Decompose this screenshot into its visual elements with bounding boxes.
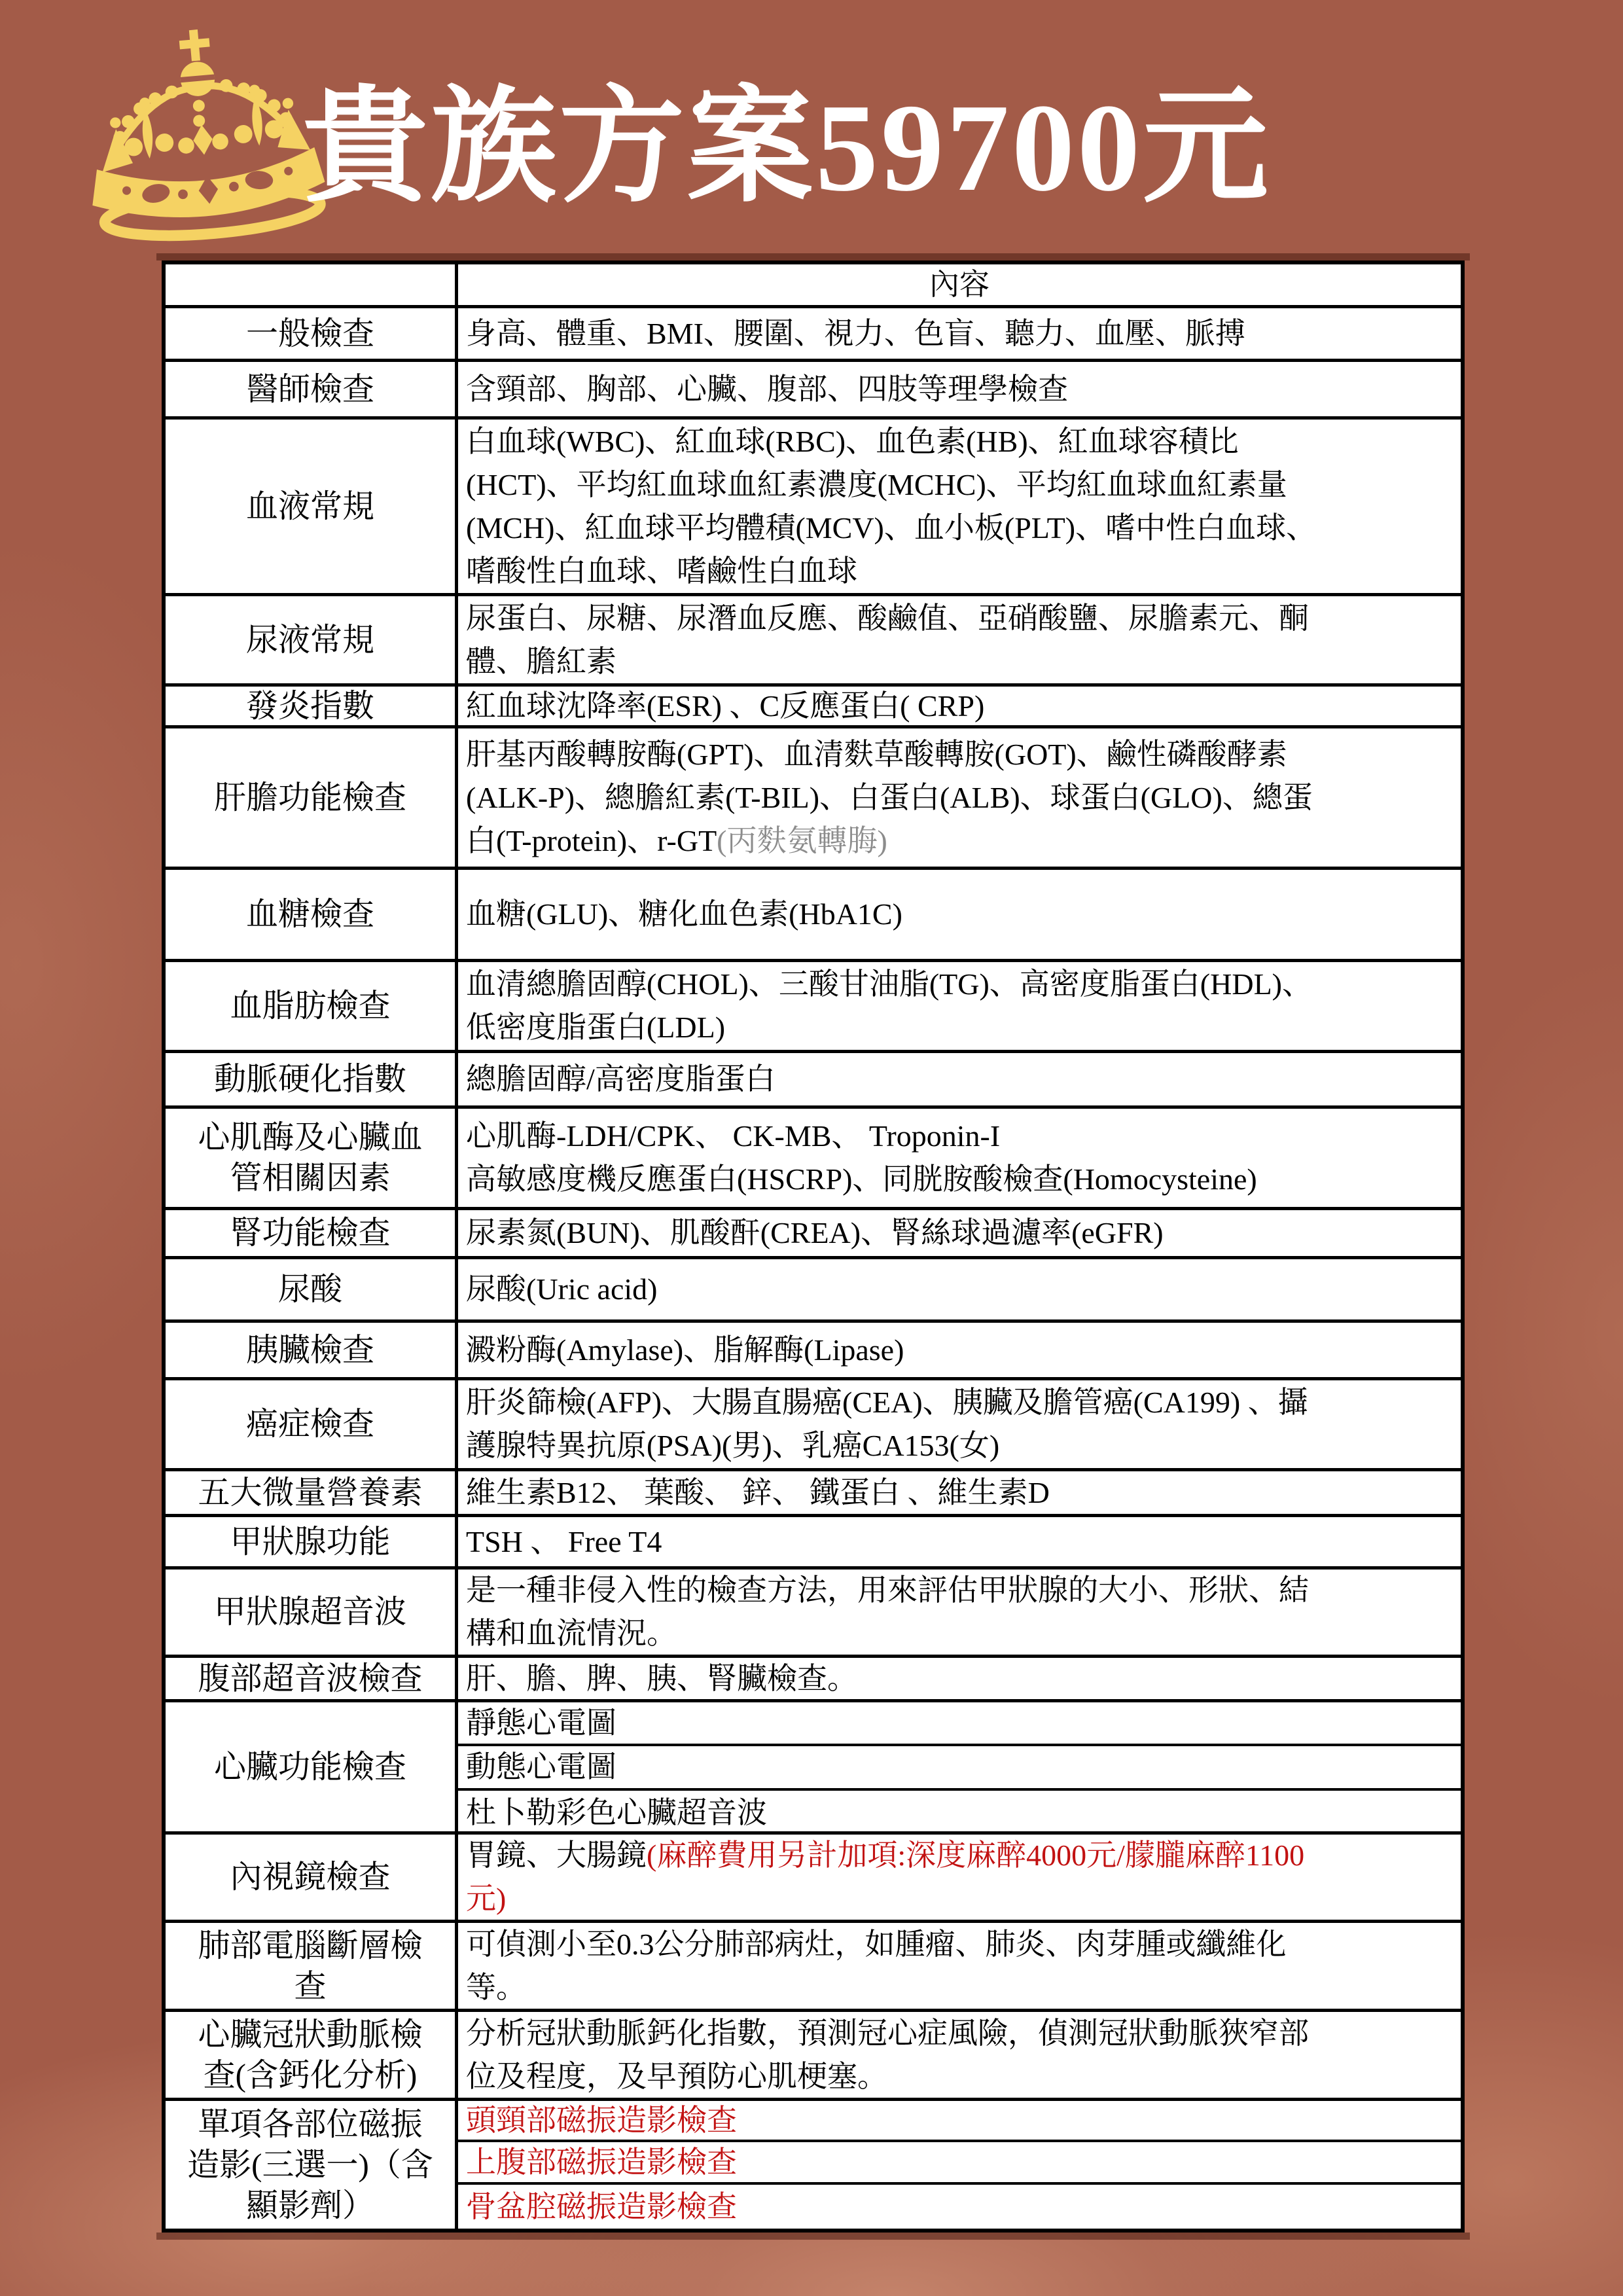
table-row: 單項各部位磁振 造影(三選一)（含 顯影劑）頭頸部磁振造影檢查上腹部磁振造影檢查…: [166, 2101, 1461, 2229]
flyer-page: { "title": "貴族方案59700元", "colors": { "ba…: [0, 0, 1623, 2296]
row-content: 頭頸部磁振造影檢查上腹部磁振造影檢查骨盆腔磁振造影檢查: [458, 2101, 1461, 2229]
content-text: 胃鏡、大腸鏡(麻醉費用另計加項:深度麻醉4000元/朦朧麻醉1100 元): [458, 1835, 1461, 1920]
content-text: 總膽固醇/高密度脂蛋白: [458, 1058, 1461, 1101]
content-text: 血糖(GLU)、糖化血色素(HbA1C): [458, 893, 1461, 936]
content-cell: 靜態心電圖: [458, 1702, 1461, 1746]
text-segment: 紅血球沈降率(ESR) 、C反應蛋白( CRP): [466, 689, 984, 723]
row-content: 血糖(GLU)、糖化血色素(HbA1C): [458, 870, 1461, 959]
row-label: 心肌酶及心臟血 管相關因素: [166, 1109, 458, 1207]
content-text: 澱粉酶(Amylase)、脂解酶(Lipase): [458, 1329, 1461, 1372]
content-cell: 動態心電圖: [458, 1746, 1461, 1791]
table-row: 尿液常規尿蛋白、尿糖、尿潛血反應、酸鹼值、亞硝酸鹽、尿膽素元、酮 體、膽紅素: [166, 596, 1461, 687]
table-row: 腹部超音波檢查肝、膽、脾、胰、腎臟檢查。: [166, 1658, 1461, 1702]
row-label: 甲狀腺超音波: [166, 1570, 458, 1655]
content-cell: 白血球(WBC)、紅血球(RBC)、血色素(HB)、紅血球容積比 (HCT)、平…: [458, 420, 1461, 593]
row-label: 血液常規: [166, 420, 458, 593]
row-content: 靜態心電圖動態心電圖杜卜勒彩色心臟超音波: [458, 1702, 1461, 1831]
content-cell: 內容: [458, 264, 1461, 305]
content-cell: 肝炎篩檢(AFP)、大腸直腸癌(CEA)、胰臟及膽管癌(CA199) 、攝 護腺…: [458, 1380, 1461, 1468]
row-content: 維生素B12、 葉酸、 鋅、 鐵蛋白 、維生素D: [458, 1471, 1461, 1514]
row-label: 單項各部位磁振 造影(三選一)（含 顯影劑）: [166, 2101, 458, 2229]
row-label: 心臟冠狀動脈檢 查(含鈣化分析): [166, 2012, 458, 2098]
table-row: 血液常規白血球(WBC)、紅血球(RBC)、血色素(HB)、紅血球容積比 (HC…: [166, 420, 1461, 596]
text-segment: 肝炎篩檢(AFP)、大腸直腸癌(CEA)、胰臟及膽管癌(CA199) 、攝 護腺…: [466, 1386, 1308, 1462]
content-text: TSH 、 Free T4: [458, 1520, 1461, 1564]
row-label: 腎功能檢查: [166, 1210, 458, 1256]
text-segment: 是一種非侵入性的檢查方法，用來評估甲狀腺的大小、形狀、結 構和血流情況。: [466, 1573, 1309, 1650]
table-row: 心臟冠狀動脈檢 查(含鈣化分析)分析冠狀動脈鈣化指數，預測冠心症風險，偵測冠狀動…: [166, 2012, 1461, 2101]
content-text: 頭頸部磁振造影檢查: [458, 2101, 1461, 2142]
text-segment: 血清總膽固醇(CHOL)、三酸甘油脂(TG)、高密度脂蛋白(HDL)、 低密度脂…: [466, 967, 1312, 1044]
page-title: 貴族方案59700元: [302, 27, 1271, 243]
text-segment: 維生素B12、 葉酸、 鋅、 鐵蛋白 、維生素D: [466, 1476, 1050, 1509]
content-cell: 杜卜勒彩色心臟超音波: [458, 1791, 1461, 1835]
row-content: 澱粉酶(Amylase)、脂解酶(Lipase): [458, 1323, 1461, 1377]
text-segment: 澱粉酶(Amylase)、脂解酶(Lipase): [466, 1333, 904, 1367]
row-content: 尿素氮(BUN)、肌酸酐(CREA)、腎絲球過濾率(eGFR): [458, 1210, 1461, 1256]
content-cell: 心肌酶-LDH/CPK、 CK-MB、 Troponin-I 高敏感度機反應蛋白…: [458, 1109, 1461, 1207]
content-text: 肝基丙酸轉胺酶(GPT)、血清麩草酸轉胺(GOT)、鹼性磷酸酵素 (ALK-P)…: [458, 733, 1461, 863]
text-segment: TSH 、 Free T4: [466, 1525, 662, 1558]
content-cell: 上腹部磁振造影檢查: [458, 2142, 1461, 2185]
content-cell: 澱粉酶(Amylase)、脂解酶(Lipase): [458, 1323, 1461, 1377]
row-label: 內視鏡檢查: [166, 1835, 458, 1920]
text-segment: 血糖(GLU)、糖化血色素(HbA1C): [466, 897, 902, 931]
text-segment: 白血球(WBC)、紅血球(RBC)、血色素(HB)、紅血球容積比 (HCT)、平…: [466, 425, 1316, 588]
plan-table: 內容一般檢查身高、體重、BMI、腰圍、視力、色盲、聽力、血壓、脈搏醫師檢查含頸部…: [162, 260, 1465, 2233]
text-segment: 動態心電圖: [466, 1750, 616, 1784]
row-content: 血清總膽固醇(CHOL)、三酸甘油脂(TG)、高密度脂蛋白(HDL)、 低密度脂…: [458, 962, 1461, 1050]
content-text: 動態心電圖: [458, 1746, 1461, 1789]
row-content: 胃鏡、大腸鏡(麻醉費用另計加項:深度麻醉4000元/朦朧麻醉1100 元): [458, 1835, 1461, 1920]
table-row: 五大微量營養素維生素B12、 葉酸、 鋅、 鐵蛋白 、維生素D: [166, 1471, 1461, 1517]
row-label: 癌症檢查: [166, 1380, 458, 1468]
text-segment: 內容: [929, 268, 990, 301]
content-text: 是一種非侵入性的檢查方法，用來評估甲狀腺的大小、形狀、結 構和血流情況。: [458, 1570, 1461, 1655]
content-cell: 尿素氮(BUN)、肌酸酐(CREA)、腎絲球過濾率(eGFR): [458, 1210, 1461, 1256]
content-cell: 總膽固醇/高密度脂蛋白: [458, 1053, 1461, 1105]
content-text: 維生素B12、 葉酸、 鋅、 鐵蛋白 、維生素D: [458, 1471, 1461, 1514]
table-row: 醫師檢查含頸部、胸部、心臟、腹部、四肢等理學檢查: [166, 362, 1461, 420]
table-row: 血脂肪檢查血清總膽固醇(CHOL)、三酸甘油脂(TG)、高密度脂蛋白(HDL)、…: [166, 962, 1461, 1053]
content-cell: 分析冠狀動脈鈣化指數，預測冠心症風險，偵測冠狀動脈狹窄部 位及程度，及早預防心肌…: [458, 2012, 1461, 2098]
content-cell: 血清總膽固醇(CHOL)、三酸甘油脂(TG)、高密度脂蛋白(HDL)、 低密度脂…: [458, 962, 1461, 1050]
table-row: 肺部電腦斷層檢 查可偵測小至0.3公分肺部病灶，如腫瘤、肺炎、肉芽腫或纖維化 等…: [166, 1923, 1461, 2012]
content-text: 內容: [458, 264, 1461, 305]
row-content: 尿蛋白、尿糖、尿潛血反應、酸鹼值、亞硝酸鹽、尿膽素元、酮 體、膽紅素: [458, 596, 1461, 683]
row-content: 肝基丙酸轉胺酶(GPT)、血清麩草酸轉胺(GOT)、鹼性磷酸酵素 (ALK-P)…: [458, 728, 1461, 867]
row-label: 甲狀腺功能: [166, 1517, 458, 1566]
table-row: 甲狀腺功能TSH 、 Free T4: [166, 1517, 1461, 1570]
row-label: 血脂肪檢查: [166, 962, 458, 1050]
content-text: 白血球(WBC)、紅血球(RBC)、血色素(HB)、紅血球容積比 (HCT)、平…: [458, 420, 1461, 593]
content-cell: 骨盆腔磁振造影檢查: [458, 2185, 1461, 2229]
content-cell: 血糖(GLU)、糖化血色素(HbA1C): [458, 870, 1461, 959]
row-label: [166, 264, 458, 305]
content-cell: 胃鏡、大腸鏡(麻醉費用另計加項:深度麻醉4000元/朦朧麻醉1100 元): [458, 1835, 1461, 1920]
content-cell: 身高、體重、BMI、腰圍、視力、色盲、聽力、血壓、脈搏: [458, 308, 1461, 359]
text-segment: 總膽固醇/高密度脂蛋白: [466, 1062, 776, 1096]
row-content: 白血球(WBC)、紅血球(RBC)、血色素(HB)、紅血球容積比 (HCT)、平…: [458, 420, 1461, 593]
text-segment: 尿蛋白、尿糖、尿潛血反應、酸鹼值、亞硝酸鹽、尿膽素元、酮 體、膽紅素: [466, 601, 1309, 678]
text-segment: 分析冠狀動脈鈣化指數，預測冠心症風險，偵測冠狀動脈狹窄部 位及程度，及早預防心肌…: [466, 2017, 1309, 2093]
content-text: 尿蛋白、尿糖、尿潛血反應、酸鹼值、亞硝酸鹽、尿膽素元、酮 體、膽紅素: [458, 597, 1461, 683]
table-row: 肝膽功能檢查肝基丙酸轉胺酶(GPT)、血清麩草酸轉胺(GOT)、鹼性磷酸酵素 (…: [166, 728, 1461, 870]
text-segment-gray: (丙麩氨轉脢): [717, 824, 887, 857]
table-row: 甲狀腺超音波是一種非侵入性的檢查方法，用來評估甲狀腺的大小、形狀、結 構和血流情…: [166, 1570, 1461, 1658]
text-segment: 肝基丙酸轉胺酶(GPT)、血清麩草酸轉胺(GOT)、鹼性磷酸酵素 (ALK-P)…: [466, 738, 1313, 857]
row-label: 肺部電腦斷層檢 查: [166, 1923, 458, 2009]
text-segment-red: 頭頸部磁振造影檢查: [466, 2104, 737, 2137]
row-label: 血糖檢查: [166, 870, 458, 959]
row-content: 總膽固醇/高密度脂蛋白: [458, 1053, 1461, 1105]
row-label: 尿酸: [166, 1259, 458, 1319]
text-segment: 含頸部、胸部、心臟、腹部、四肢等理學檢查: [466, 372, 1068, 406]
table-row: 癌症檢查肝炎篩檢(AFP)、大腸直腸癌(CEA)、胰臟及膽管癌(CA199) 、…: [166, 1380, 1461, 1471]
row-content: 分析冠狀動脈鈣化指數，預測冠心症風險，偵測冠狀動脈狹窄部 位及程度，及早預防心肌…: [458, 2012, 1461, 2098]
text-segment: 心肌酶-LDH/CPK、 CK-MB、 Troponin-I 高敏感度機反應蛋白…: [466, 1119, 1257, 1196]
row-content: TSH 、 Free T4: [458, 1517, 1461, 1566]
content-text: 杜卜勒彩色心臟超音波: [458, 1791, 1461, 1835]
table-row: 內容: [166, 264, 1461, 308]
row-content: 紅血球沈降率(ESR) 、C反應蛋白( CRP): [458, 687, 1461, 725]
row-label: 一般檢查: [166, 308, 458, 359]
row-label: 心臟功能檢查: [166, 1702, 458, 1831]
row-label: 尿液常規: [166, 596, 458, 683]
table-row: 心臟功能檢查靜態心電圖動態心電圖杜卜勒彩色心臟超音波: [166, 1702, 1461, 1835]
text-segment: 身高、體重、BMI、腰圍、視力、色盲、聽力、血壓、脈搏: [466, 317, 1245, 350]
text-segment: 杜卜勒彩色心臟超音波: [466, 1796, 767, 1829]
content-text: 含頸部、胸部、心臟、腹部、四肢等理學檢查: [458, 368, 1461, 411]
row-label: 發炎指數: [166, 687, 458, 725]
row-content: 可偵測小至0.3公分肺部病灶，如腫瘤、肺炎、肉芽腫或纖維化 等。: [458, 1923, 1461, 2009]
row-label: 肝膽功能檢查: [166, 728, 458, 867]
content-cell: TSH 、 Free T4: [458, 1517, 1461, 1566]
text-segment: 尿素氮(BUN)、肌酸酐(CREA)、腎絲球過濾率(eGFR): [466, 1216, 1164, 1249]
text-segment-red: 骨盆腔磁振造影檢查: [466, 2190, 737, 2223]
content-text: 骨盆腔磁振造影檢查: [458, 2185, 1461, 2229]
content-text: 上腹部磁振造影檢查: [458, 2142, 1461, 2184]
content-text: 肝、膽、脾、胰、腎臟檢查。: [458, 1658, 1461, 1699]
content-cell: 肝、膽、脾、胰、腎臟檢查。: [458, 1658, 1461, 1699]
content-text: 分析冠狀動脈鈣化指數，預測冠心症風險，偵測冠狀動脈狹窄部 位及程度，及早預防心肌…: [458, 2012, 1461, 2098]
table-row: 發炎指數紅血球沈降率(ESR) 、C反應蛋白( CRP): [166, 687, 1461, 728]
table-row: 胰臟檢查澱粉酶(Amylase)、脂解酶(Lipase): [166, 1323, 1461, 1380]
row-label: 胰臟檢查: [166, 1323, 458, 1377]
text-segment: 肝、膽、脾、胰、腎臟檢查。: [466, 1662, 857, 1695]
table-row: 動脈硬化指數總膽固醇/高密度脂蛋白: [166, 1053, 1461, 1109]
row-content: 含頸部、胸部、心臟、腹部、四肢等理學檢查: [458, 362, 1461, 416]
content-cell: 頭頸部磁振造影檢查: [458, 2101, 1461, 2142]
content-text: 靜態心電圖: [458, 1702, 1461, 1745]
text-segment: 靜態心電圖: [466, 1706, 616, 1740]
row-label: 醫師檢查: [166, 362, 458, 416]
table-row: 腎功能檢查尿素氮(BUN)、肌酸酐(CREA)、腎絲球過濾率(eGFR): [166, 1210, 1461, 1259]
table-row: 心肌酶及心臟血 管相關因素心肌酶-LDH/CPK、 CK-MB、 Troponi…: [166, 1109, 1461, 1210]
content-text: 血清總膽固醇(CHOL)、三酸甘油脂(TG)、高密度脂蛋白(HDL)、 低密度脂…: [458, 963, 1461, 1049]
content-cell: 尿蛋白、尿糖、尿潛血反應、酸鹼值、亞硝酸鹽、尿膽素元、酮 體、膽紅素: [458, 596, 1461, 683]
row-content: 肝炎篩檢(AFP)、大腸直腸癌(CEA)、胰臟及膽管癌(CA199) 、攝 護腺…: [458, 1380, 1461, 1468]
content-text: 尿素氮(BUN)、肌酸酐(CREA)、腎絲球過濾率(eGFR): [458, 1211, 1461, 1255]
row-label: 腹部超音波檢查: [166, 1658, 458, 1699]
table-row: 血糖檢查血糖(GLU)、糖化血色素(HbA1C): [166, 870, 1461, 962]
row-label: 五大微量營養素: [166, 1471, 458, 1514]
text-segment: 尿酸(Uric acid): [466, 1272, 658, 1306]
content-cell: 可偵測小至0.3公分肺部病灶，如腫瘤、肺炎、肉芽腫或纖維化 等。: [458, 1923, 1461, 2009]
content-cell: 含頸部、胸部、心臟、腹部、四肢等理學檢查: [458, 362, 1461, 416]
text-segment: 可偵測小至0.3公分肺部病灶，如腫瘤、肺炎、肉芽腫或纖維化 等。: [466, 1928, 1287, 2004]
row-content: 內容: [458, 264, 1461, 305]
content-cell: 肝基丙酸轉胺酶(GPT)、血清麩草酸轉胺(GOT)、鹼性磷酸酵素 (ALK-P)…: [458, 728, 1461, 867]
row-content: 身高、體重、BMI、腰圍、視力、色盲、聽力、血壓、脈搏: [458, 308, 1461, 359]
content-text: 可偵測小至0.3公分肺部病灶，如腫瘤、肺炎、肉芽腫或纖維化 等。: [458, 1923, 1461, 2009]
content-text: 肝炎篩檢(AFP)、大腸直腸癌(CEA)、胰臟及膽管癌(CA199) 、攝 護腺…: [458, 1381, 1461, 1467]
content-cell: 尿酸(Uric acid): [458, 1259, 1461, 1319]
row-content: 心肌酶-LDH/CPK、 CK-MB、 Troponin-I 高敏感度機反應蛋白…: [458, 1109, 1461, 1207]
text-segment-red: 上腹部磁振造影檢查: [466, 2145, 737, 2179]
content-cell: 是一種非侵入性的檢查方法，用來評估甲狀腺的大小、形狀、結 構和血流情況。: [458, 1570, 1461, 1655]
table-row: 尿酸尿酸(Uric acid): [166, 1259, 1461, 1323]
row-content: 尿酸(Uric acid): [458, 1259, 1461, 1319]
text-segment: 胃鏡、大腸鏡: [466, 1839, 647, 1872]
content-text: 身高、體重、BMI、腰圍、視力、色盲、聽力、血壓、脈搏: [458, 312, 1461, 355]
row-label: 動脈硬化指數: [166, 1053, 458, 1105]
content-cell: 維生素B12、 葉酸、 鋅、 鐵蛋白 、維生素D: [458, 1471, 1461, 1514]
content-text: 尿酸(Uric acid): [458, 1268, 1461, 1311]
row-content: 是一種非侵入性的檢查方法，用來評估甲狀腺的大小、形狀、結 構和血流情況。: [458, 1570, 1461, 1655]
table-row: 一般檢查身高、體重、BMI、腰圍、視力、色盲、聽力、血壓、脈搏: [166, 308, 1461, 362]
table-row: 內視鏡檢查胃鏡、大腸鏡(麻醉費用另計加項:深度麻醉4000元/朦朧麻醉1100 …: [166, 1835, 1461, 1923]
row-content: 肝、膽、脾、胰、腎臟檢查。: [458, 1658, 1461, 1699]
content-text: 紅血球沈降率(ESR) 、C反應蛋白( CRP): [458, 687, 1461, 725]
content-cell: 紅血球沈降率(ESR) 、C反應蛋白( CRP): [458, 687, 1461, 725]
content-text: 心肌酶-LDH/CPK、 CK-MB、 Troponin-I 高敏感度機反應蛋白…: [458, 1115, 1461, 1201]
